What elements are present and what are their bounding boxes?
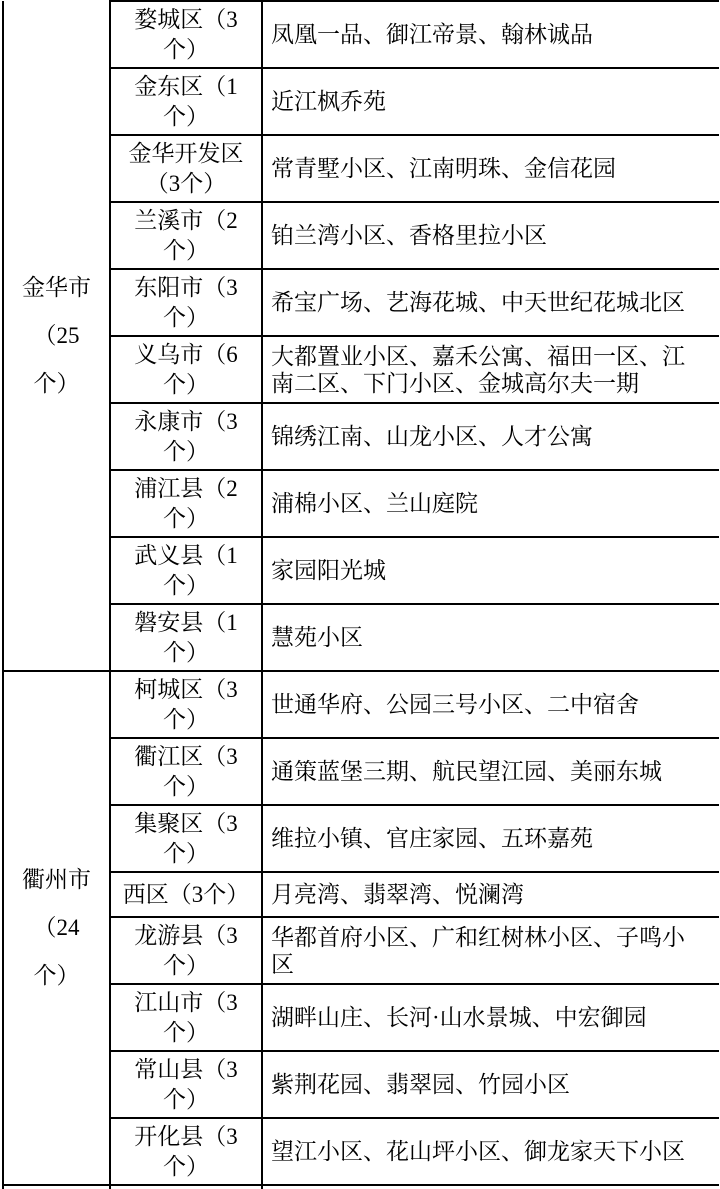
- district-cell: 兰溪市（2个）: [110, 202, 262, 269]
- partial-next-row: [3, 1185, 719, 1189]
- communities-cell: 望江小区、花山坪小区、御龙家天下小区: [262, 1118, 719, 1185]
- communities-cell: 锦绣江南、山龙小区、人才公寓: [262, 403, 719, 470]
- table-row: 衢江区（3个）通策蓝堡三期、航民望江园、美丽东城: [3, 738, 719, 805]
- city-name-line: （25: [4, 312, 109, 360]
- communities-cell: 近江枫乔苑: [262, 68, 719, 135]
- table-row: 开化县（3个）望江小区、花山坪小区、御龙家天下小区: [3, 1118, 719, 1185]
- communities-cell: 华都首府小区、广和红树林小区、子鸣小区: [262, 917, 719, 984]
- district-cell: 开化县（3个）: [110, 1118, 262, 1185]
- district-label-line: 衢江区（3: [111, 742, 261, 772]
- table-row: 永康市（3个）锦绣江南、山龙小区、人才公寓: [3, 403, 719, 470]
- community-list-line: 华都首府小区、广和红树林小区、子鸣小: [271, 924, 709, 951]
- table-row: 衢州市（24个）柯城区（3个）世通华府、公园三号小区、二中宿舍: [3, 671, 719, 738]
- community-list-line: 世通华府、公园三号小区、二中宿舍: [271, 691, 709, 718]
- city-name-line: 个）: [4, 360, 109, 408]
- district-label-line: 常山县（3: [111, 1055, 261, 1085]
- table-row: 兰溪市（2个）铂兰湾小区、香格里拉小区: [3, 202, 719, 269]
- community-list-line: 望江小区、花山坪小区、御龙家天下小区: [271, 1138, 709, 1165]
- district-label-line: 婺城区（3: [111, 5, 261, 35]
- communities-cell: 湖畔山庄、长河·山水景城、中宏御园: [262, 984, 719, 1051]
- communities-cell: [262, 1185, 719, 1189]
- community-list-line: 常青墅小区、江南明珠、金信花园: [271, 155, 709, 182]
- district-cell: [110, 1185, 262, 1189]
- district-label-line: 个）: [111, 1085, 261, 1115]
- table-row: 浦江县（2个）浦棉小区、兰山庭院: [3, 470, 719, 537]
- community-list-line: 紫荆花园、翡翠园、竹园小区: [271, 1071, 709, 1098]
- community-list-line: 铂兰湾小区、香格里拉小区: [271, 222, 709, 249]
- community-list-line: 通策蓝堡三期、航民望江园、美丽东城: [271, 758, 709, 785]
- district-cell: 磐安县（1个）: [110, 604, 262, 671]
- communities-cell: 希宝广场、艺海花城、中天世纪花城北区: [262, 269, 719, 336]
- district-label-line: 武义县（1: [111, 541, 261, 571]
- district-cell: 江山市（3个）: [110, 984, 262, 1051]
- district-label-line: 永康市（3: [111, 407, 261, 437]
- district-label-line: 磐安县（1: [111, 608, 261, 638]
- table-body: 金华市（25个）婺城区（3个）凤凰一品、御江帝景、翰林诚品金东区（1个）近江枫乔…: [3, 1, 719, 1189]
- district-label-line: 个）: [111, 705, 261, 735]
- district-label-line: 金东区（1: [111, 72, 261, 102]
- table-row: 磐安县（1个）慧苑小区: [3, 604, 719, 671]
- table-row: 武义县（1个）家园阳光城: [3, 537, 719, 604]
- district-label-line: 开化县（3: [111, 1122, 261, 1152]
- communities-cell: 世通华府、公园三号小区、二中宿舍: [262, 671, 719, 738]
- city-name-line: 衢州市: [4, 856, 109, 904]
- district-label-line: （3个）: [111, 169, 261, 199]
- communities-cell: 常青墅小区、江南明珠、金信花园: [262, 135, 719, 202]
- district-label-line: 个）: [111, 951, 261, 981]
- district-label-line: 柯城区（3: [111, 675, 261, 705]
- communities-cell: 月亮湾、翡翠湾、悦澜湾: [262, 872, 719, 917]
- city-name-line: 金华市: [4, 264, 109, 312]
- district-label-line: 个）: [111, 437, 261, 467]
- communities-cell: 维拉小镇、官庄家园、五环嘉苑: [262, 805, 719, 872]
- table-row: 常山县（3个）紫荆花园、翡翠园、竹园小区: [3, 1051, 719, 1118]
- table-row: 义乌市（6个）大都置业小区、嘉禾公寓、福田一区、江南二区、下门小区、金城高尔夫一…: [3, 336, 719, 403]
- city-cell: 金华市（25个）: [3, 1, 110, 671]
- table-row: 金华市（25个）婺城区（3个）凤凰一品、御江帝景、翰林诚品: [3, 1, 719, 68]
- table-row: 金华开发区（3个）常青墅小区、江南明珠、金信花园: [3, 135, 719, 202]
- table-row: 集聚区（3个）维拉小镇、官庄家园、五环嘉苑: [3, 805, 719, 872]
- district-label-line: 东阳市（3: [111, 273, 261, 303]
- district-label-line: 个）: [111, 370, 261, 400]
- district-cell: 武义县（1个）: [110, 537, 262, 604]
- district-label-line: 个）: [111, 504, 261, 534]
- community-list-line: 区: [271, 951, 709, 978]
- community-list-line: 近江枫乔苑: [271, 88, 709, 115]
- district-label-line: 个）: [111, 839, 261, 869]
- community-list-line: 月亮湾、翡翠湾、悦澜湾: [271, 881, 709, 908]
- community-list-line: 湖畔山庄、长河·山水景城、中宏御园: [271, 1004, 709, 1031]
- document-page: 金华市（25个）婺城区（3个）凤凰一品、御江帝景、翰林诚品金东区（1个）近江枫乔…: [0, 0, 720, 1189]
- district-cell: 龙游县（3个）: [110, 917, 262, 984]
- district-label-line: 个）: [111, 303, 261, 333]
- district-label-line: 个）: [111, 35, 261, 65]
- communities-cell: 通策蓝堡三期、航民望江园、美丽东城: [262, 738, 719, 805]
- district-cell: 金华开发区（3个）: [110, 135, 262, 202]
- district-cell: 东阳市（3个）: [110, 269, 262, 336]
- district-label-line: 江山市（3: [111, 988, 261, 1018]
- district-label-line: 龙游县（3: [111, 921, 261, 951]
- district-label-line: 兰溪市（2: [111, 206, 261, 236]
- communities-cell: 慧苑小区: [262, 604, 719, 671]
- community-list-line: 维拉小镇、官庄家园、五环嘉苑: [271, 825, 709, 852]
- district-cell: 柯城区（3个）: [110, 671, 262, 738]
- community-list-line: 希宝广场、艺海花城、中天世纪花城北区: [271, 289, 709, 316]
- district-label-line: 个）: [111, 102, 261, 132]
- communities-cell: 大都置业小区、嘉禾公寓、福田一区、江南二区、下门小区、金城高尔夫一期: [262, 336, 719, 403]
- district-label-line: 个）: [111, 571, 261, 601]
- district-label-line: 个）: [111, 1018, 261, 1048]
- district-cell: 婺城区（3个）: [110, 1, 262, 68]
- table-row: 龙游县（3个）华都首府小区、广和红树林小区、子鸣小区: [3, 917, 719, 984]
- table-row: 江山市（3个）湖畔山庄、长河·山水景城、中宏御园: [3, 984, 719, 1051]
- communities-cell: 浦棉小区、兰山庭院: [262, 470, 719, 537]
- district-label-line: 个）: [111, 772, 261, 802]
- district-cell: 西区（3个）: [110, 872, 262, 917]
- district-label-line: 金华开发区: [111, 139, 261, 169]
- district-label-line: 西区（3个）: [111, 880, 261, 910]
- district-label-line: 义乌市（6: [111, 340, 261, 370]
- district-cell: 常山县（3个）: [110, 1051, 262, 1118]
- communities-cell: 家园阳光城: [262, 537, 719, 604]
- district-cell: 集聚区（3个）: [110, 805, 262, 872]
- city-cell: [3, 1185, 110, 1189]
- district-label-line: 个）: [111, 638, 261, 668]
- community-list-line: 慧苑小区: [271, 624, 709, 651]
- district-cell: 衢江区（3个）: [110, 738, 262, 805]
- table-row: 东阳市（3个）希宝广场、艺海花城、中天世纪花城北区: [3, 269, 719, 336]
- district-cell: 金东区（1个）: [110, 68, 262, 135]
- community-list-line: 大都置业小区、嘉禾公寓、福田一区、江: [271, 343, 709, 370]
- district-label-line: 集聚区（3: [111, 809, 261, 839]
- district-cell: 浦江县（2个）: [110, 470, 262, 537]
- communities-cell: 铂兰湾小区、香格里拉小区: [262, 202, 719, 269]
- community-list-line: 凤凰一品、御江帝景、翰林诚品: [271, 21, 709, 48]
- district-label-line: 浦江县（2: [111, 474, 261, 504]
- district-cell: 永康市（3个）: [110, 403, 262, 470]
- district-label-line: 个）: [111, 236, 261, 266]
- communities-cell: 紫荆花园、翡翠园、竹园小区: [262, 1051, 719, 1118]
- table-row: 西区（3个）月亮湾、翡翠湾、悦澜湾: [3, 872, 719, 917]
- city-name-line: （24: [4, 904, 109, 952]
- district-cell: 义乌市（6个）: [110, 336, 262, 403]
- community-list-line: 浦棉小区、兰山庭院: [271, 490, 709, 517]
- city-name-line: 个）: [4, 952, 109, 1000]
- city-cell: 衢州市（24个）: [3, 671, 110, 1185]
- community-list-line: 锦绣江南、山龙小区、人才公寓: [271, 423, 709, 450]
- table-row: 金东区（1个）近江枫乔苑: [3, 68, 719, 135]
- district-label-line: 个）: [111, 1152, 261, 1182]
- communities-table: 金华市（25个）婺城区（3个）凤凰一品、御江帝景、翰林诚品金东区（1个）近江枫乔…: [2, 0, 719, 1189]
- communities-cell: 凤凰一品、御江帝景、翰林诚品: [262, 1, 719, 68]
- community-list-line: 南二区、下门小区、金城高尔夫一期: [271, 370, 709, 397]
- community-list-line: 家园阳光城: [271, 557, 709, 584]
